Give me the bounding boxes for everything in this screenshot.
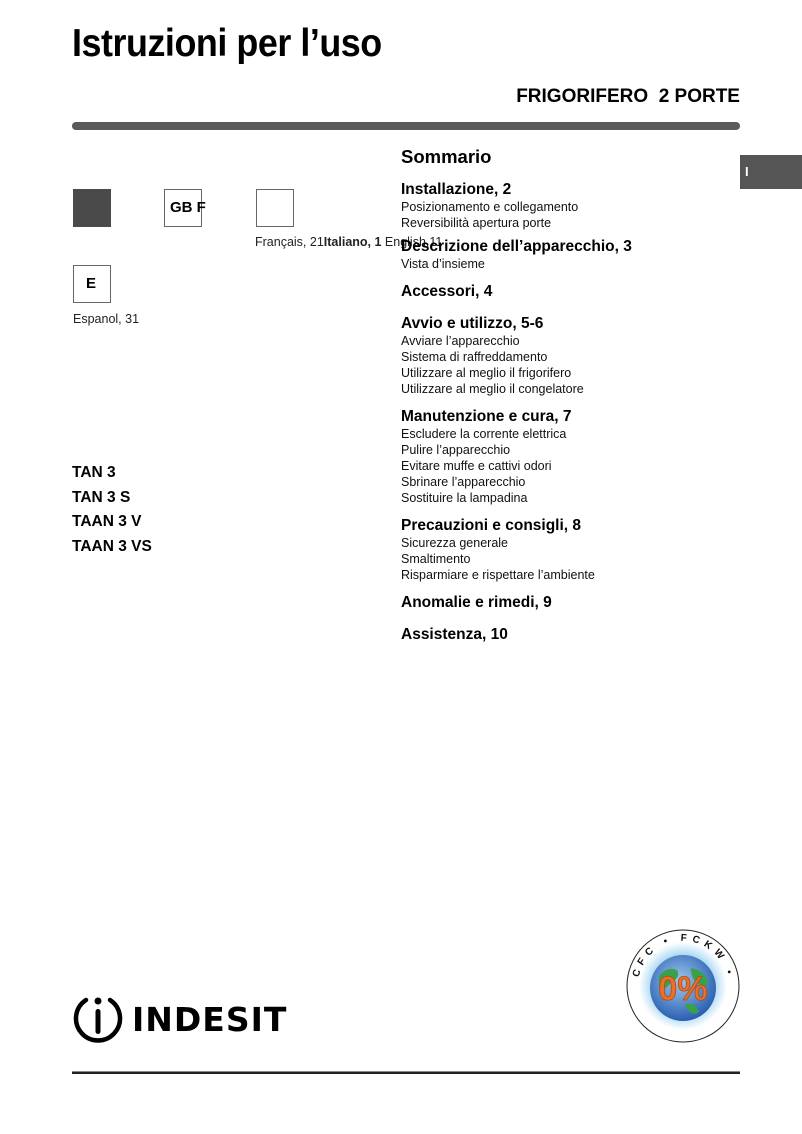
toc-subitem: Utilizzare al meglio il frigorifero [401, 365, 721, 381]
toc-section-title: Precauzioni e consigli, 8 [401, 516, 721, 535]
indesit-power-logo-icon [72, 994, 124, 1044]
toc-subitem: Posizionamento e collegamento [401, 199, 721, 215]
header-divider [72, 122, 740, 130]
toc-subitem: Escludere la corrente elettrica [401, 426, 721, 442]
footer-divider [72, 1071, 740, 1074]
toc-subitem: Sbrinare l’apparecchio [401, 474, 721, 490]
language-box-f [256, 189, 294, 227]
toc-section-title: Manutenzione e cura, 7 [401, 407, 721, 426]
brand-logo: INDESIT [72, 994, 287, 1044]
toc-subitem: Utilizzare al meglio il congelatore [401, 381, 721, 397]
document-title: Istruzioni per l’uso [72, 22, 382, 66]
table-of-contents: Sommario Installazione, 2Posizionamento … [401, 146, 721, 657]
toc-subitem: Vista d’insieme [401, 256, 721, 272]
toc-section: Anomalie e rimedi, 9 [401, 593, 721, 612]
toc-section: Avvio e utilizzo, 5-6Avviare l’apparecch… [401, 314, 721, 397]
toc-subitem: Sistema di raffreddamento [401, 349, 721, 365]
toc-subitem: Risparmiare e rispettare l’ambiente [401, 567, 721, 583]
language-box-italian [73, 189, 111, 227]
toc-section-title: Avvio e utilizzo, 5-6 [401, 314, 721, 333]
model-item: TAN 3 [72, 461, 152, 486]
language-tab-label: I [745, 164, 749, 179]
language-tab-italian: I [740, 155, 802, 189]
toc-section-title: Anomalie e rimedi, 9 [401, 593, 721, 612]
toc-subitem: Pulire l’apparecchio [401, 442, 721, 458]
toc-section: Installazione, 2Posizionamento e collega… [401, 180, 721, 231]
model-item: TAAN 3 V [72, 510, 152, 535]
language-espanol: Espanol, 31 [73, 312, 139, 326]
model-item: TAN 3 S [72, 486, 152, 511]
language-italiano: Italiano, 1 [324, 235, 382, 249]
language-box-e: E [73, 265, 111, 303]
toc-subitem: Avviare l’apparecchio [401, 333, 721, 349]
toc-subitem: Evitare muffe e cattivi odori [401, 458, 721, 474]
toc-section: Precauzioni e consigli, 8Sicurezza gener… [401, 516, 721, 583]
toc-section-title: Accessori, 4 [401, 282, 721, 301]
toc-section: Assistenza, 10 [401, 625, 721, 644]
toc-section: Descrizione dell’apparecchio, 3Vista d’i… [401, 237, 721, 272]
toc-heading: Sommario [401, 146, 721, 168]
svg-text:0%: 0% [658, 970, 707, 1008]
toc-subitem: Reversibilità apertura porte [401, 215, 721, 231]
language-box-gb-label: GB F [170, 199, 206, 216]
toc-section-title: Installazione, 2 [401, 180, 721, 199]
toc-section: Accessori, 4 [401, 282, 721, 301]
toc-subitem: Smaltimento [401, 551, 721, 567]
model-list: TAN 3 TAN 3 S TAAN 3 V TAAN 3 VS [72, 461, 152, 559]
cfc-free-badge: 0% CFC • FCKW • FCK [625, 928, 741, 1044]
language-box-gb: GB F [164, 189, 202, 227]
model-item: TAAN 3 VS [72, 535, 152, 560]
toc-subitem: Sicurezza generale [401, 535, 721, 551]
globe-zero-percent-icon: 0% CFC • FCKW • FCK [625, 928, 741, 1044]
toc-subitem: Sostituire la lampadina [401, 490, 721, 506]
product-type: FRIGORIFERO 2 PORTE [516, 86, 740, 108]
language-box-e-label: E [86, 275, 96, 292]
toc-section-title: Descrizione dell’apparecchio, 3 [401, 237, 721, 256]
language-francais: Français, 21 [255, 235, 324, 249]
toc-section: Manutenzione e cura, 7Escludere la corre… [401, 407, 721, 506]
toc-section-title: Assistenza, 10 [401, 625, 721, 644]
brand-name: INDESIT [132, 1000, 287, 1039]
